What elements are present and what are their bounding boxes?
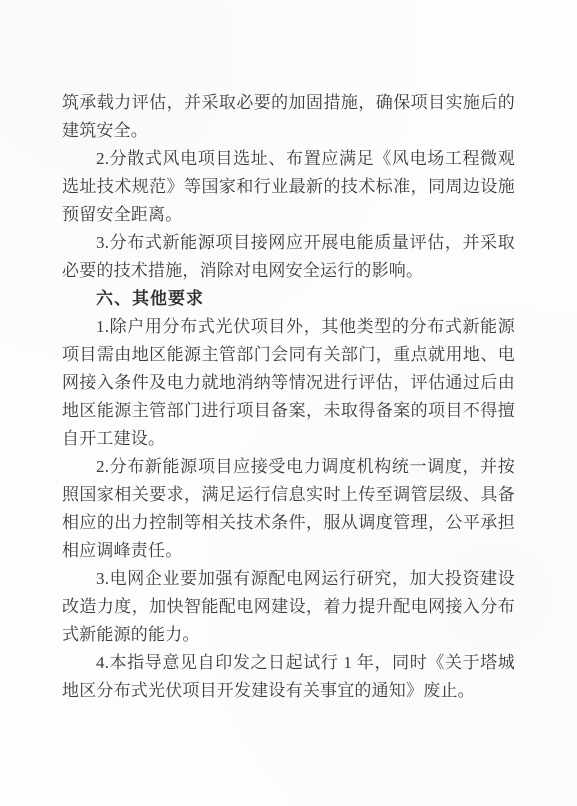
paragraph: 3.电网企业要加强有源配电网运行研究，加大投资建设改造力度，加快智能配电网建设，… xyxy=(62,565,515,649)
paragraph: 2.分布新能源项目应接受电力调度机构统一调度，并按照国家相关要求，满足运行信息实… xyxy=(62,453,515,565)
paragraph: 4.本指导意见自印发之日起试行 1 年，同时《关于塔城地区分布式光伏项目开发建设… xyxy=(62,649,515,705)
paragraph-continuation: 筑承载力评估，并采取必要的加固措施，确保项目实施后的建筑安全。 xyxy=(62,89,515,145)
document-page: 筑承载力评估，并采取必要的加固措施，确保项目实施后的建筑安全。 2.分散式风电项… xyxy=(0,0,577,806)
paragraph: 1.除户用分布式光伏项目外，其他类型的分布式新能源项目需由地区能源主管部门会同有… xyxy=(62,313,515,453)
paragraph: 2.分散式风电项目选址、布置应满足《风电场工程微观选址技术规范》等国家和行业最新… xyxy=(62,145,515,229)
paragraph: 3.分布式新能源项目接网应开展电能质量评估，并采取必要的技术措施，消除对电网安全… xyxy=(62,229,515,285)
text-block: 筑承载力评估，并采取必要的加固措施，确保项目实施后的建筑安全。 2.分散式风电项… xyxy=(62,89,515,705)
section-heading: 六、其他要求 xyxy=(62,285,515,313)
